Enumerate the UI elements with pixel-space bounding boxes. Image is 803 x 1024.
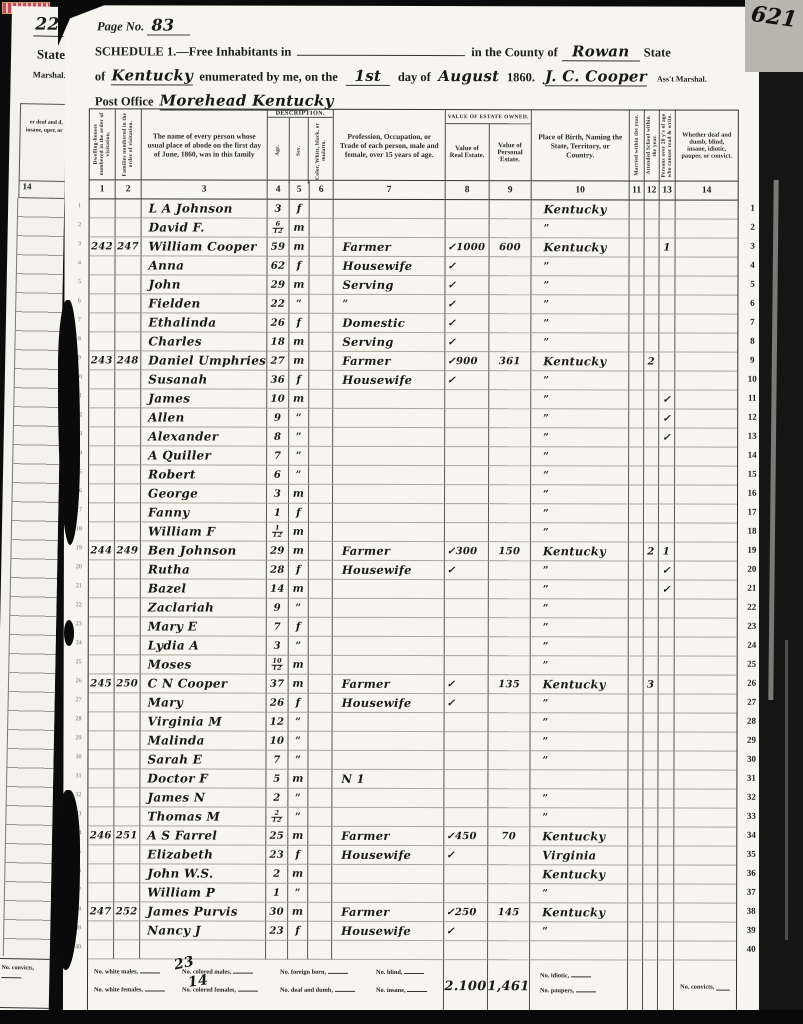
cell-birth: ”: [530, 922, 628, 941]
cell-name: Fanny: [141, 503, 267, 522]
cell-age: 7: [266, 751, 288, 770]
cell-r: [659, 695, 675, 714]
cell-occ: [333, 447, 445, 466]
table-row: John W.S.2MKentucky: [88, 864, 736, 884]
cell-fam: [115, 275, 141, 294]
cell-m: [629, 333, 644, 352]
cell-s: 2: [644, 352, 659, 371]
cell-s: [644, 656, 659, 675]
col-occupation-header: Profession, Occupation, or Trade of each…: [334, 110, 446, 180]
cell-r: [659, 600, 675, 619]
value-group-label: VALUE OF ESTATE OWNED.: [446, 110, 531, 124]
cell-m: [629, 542, 644, 561]
cell-col: [309, 504, 333, 523]
cell-re: [445, 447, 489, 466]
cell-r: [659, 258, 675, 277]
cell-fam: 247: [116, 237, 142, 256]
cell-fam: [115, 522, 141, 541]
cell-birth: ”: [531, 371, 629, 390]
cell-col: [308, 941, 332, 960]
post-office-label: Post Office: [95, 94, 154, 109]
cell-col: [308, 770, 332, 789]
cell-age: 27: [267, 352, 289, 371]
cell-pe: [489, 485, 531, 504]
table-row: Thomas M212””: [88, 807, 736, 827]
cell-sex: M: [289, 485, 309, 504]
footer-count-label: No. foreign born,: [280, 967, 376, 976]
page-number-label: Page No.: [97, 19, 144, 33]
cell-birth: ”: [531, 618, 629, 637]
cell-age: 3: [268, 200, 290, 219]
cell-s: [644, 637, 659, 656]
cell-occ: Housewife: [333, 257, 445, 276]
cell-rm: [674, 771, 736, 790]
cell-re: [445, 523, 489, 542]
cell-age: 1: [266, 884, 288, 903]
cell-r: [658, 885, 674, 904]
cell-dw: [89, 427, 115, 446]
cell-rm: [675, 676, 737, 695]
cell-re: [444, 808, 488, 827]
cell-dw: 245: [89, 674, 115, 693]
cell-m: [629, 523, 644, 542]
cell-name: Charles: [141, 332, 267, 351]
cell-fam: [115, 446, 141, 465]
cell-col: [309, 637, 333, 656]
cell-col: [308, 922, 332, 941]
cell-m: [628, 770, 643, 789]
row-number: 27: [72, 690, 86, 709]
cell-s: 3: [644, 675, 659, 694]
cell-s: [643, 789, 658, 808]
cell-occ: Serving: [333, 333, 445, 352]
cell-sex: M: [289, 675, 309, 694]
cell-name: C N Cooper: [141, 674, 267, 693]
cell-r: 1: [660, 239, 676, 258]
cell-col: [309, 599, 333, 618]
cell-name: William P: [140, 883, 266, 902]
cell-birth: ”: [530, 751, 628, 770]
cell-rm: [675, 410, 737, 429]
cell-age: 7: [267, 618, 289, 637]
row-number: 30: [71, 747, 85, 766]
cell-r: [658, 771, 674, 790]
column-number: 9: [490, 181, 532, 199]
cell-sex: ”: [289, 713, 309, 732]
cell-age: 62: [267, 257, 289, 276]
cell-fam: 251: [114, 826, 140, 845]
cell-fam: [115, 484, 141, 503]
cell-dw: [89, 655, 115, 674]
cell-sex: F: [288, 846, 308, 865]
cell-sex: F: [289, 257, 309, 276]
cell-re: [445, 637, 489, 656]
cell-col: [309, 523, 333, 542]
cell-age: 212: [266, 808, 288, 827]
cell-sex: M: [288, 770, 308, 789]
cell-birth: Kentucky: [531, 542, 629, 561]
cell-dw: [89, 522, 115, 541]
cell-m: [628, 865, 643, 884]
cell-name: Alexander: [141, 427, 267, 446]
day-value: 1st: [346, 67, 390, 86]
cell-age: 22: [267, 295, 289, 314]
cell-occ: Domestic: [333, 314, 445, 333]
cell-r: [659, 372, 675, 391]
cell-r: [659, 334, 675, 353]
cell-dw: [89, 332, 115, 351]
row-number: 2: [73, 215, 87, 234]
cell-fam: [116, 218, 142, 237]
cell-col: [310, 200, 334, 219]
cell-dw: 244: [89, 541, 115, 560]
cell-r: [659, 486, 675, 505]
cell-pe: [489, 257, 531, 276]
year-label: 1860.: [507, 70, 535, 85]
cell-sex: M: [289, 390, 309, 409]
table-row: John29MServing✓”: [89, 275, 737, 295]
cell-pe: 361: [489, 352, 531, 371]
cell-sex: F: [289, 618, 309, 637]
cell-occ: Housewife: [332, 922, 444, 941]
table-row: Mary E7F”: [89, 617, 737, 637]
cell-birth: ”: [531, 295, 629, 314]
cell-dw: [89, 617, 115, 636]
column-number: 10: [532, 181, 630, 199]
cell-re: [445, 485, 489, 504]
enumeration-line: of Kentucky enumerated by me, on the 1st…: [95, 66, 743, 86]
cell-r: [658, 923, 674, 942]
row-number: 3: [73, 234, 87, 253]
cell-dw: [89, 693, 115, 712]
cell-m: [629, 618, 644, 637]
cell-rm: [674, 847, 736, 866]
cell-sex: ”: [289, 466, 309, 485]
cell-m: [629, 295, 644, 314]
cell-birth: ”: [531, 447, 629, 466]
cell-sex: M: [289, 333, 309, 352]
cell-re: ✓: [444, 922, 488, 941]
cell-re: [445, 390, 489, 409]
cell-age: 1: [267, 504, 289, 523]
cell-rm: [674, 866, 736, 885]
cell-m: [629, 580, 644, 599]
table-row: Virginia M12””: [89, 712, 737, 732]
footer-count-label: No. insane,: [376, 985, 442, 994]
cell-age: [266, 941, 288, 960]
cell-rm: [675, 334, 737, 353]
cell-sex: [288, 941, 308, 960]
cell-rm: [674, 942, 736, 961]
cell-birth: Kentucky: [532, 238, 630, 257]
cell-fam: [114, 769, 140, 788]
cell-sex: M: [288, 827, 308, 846]
cell-rm: [675, 619, 737, 638]
cell-m: [628, 808, 643, 827]
cell-m: [628, 941, 643, 960]
cell-dw: 246: [88, 826, 114, 845]
cell-sex: F: [288, 922, 308, 941]
cell-col: [310, 219, 334, 238]
cell-m: [629, 599, 644, 618]
cell-rm: [675, 638, 737, 657]
cell-m: [629, 257, 644, 276]
cell-s: [643, 941, 658, 960]
cell-r: ✓: [659, 391, 675, 410]
day-of-label: day of: [398, 70, 431, 85]
row-number: 19: [72, 538, 86, 557]
cell-pe: 145: [488, 903, 530, 922]
state-value: Kentucky: [111, 66, 193, 85]
cell-fam: [114, 807, 140, 826]
cell-birth: ”: [531, 523, 629, 542]
cell-fam: [114, 883, 140, 902]
cell-dw: [89, 484, 115, 503]
cell-dw: [88, 864, 114, 883]
cell-m: [629, 675, 644, 694]
cell-dw: [89, 598, 115, 617]
cell-pe: [489, 713, 531, 732]
cell-occ: [333, 390, 445, 409]
cell-col: [309, 390, 333, 409]
cell-s: [644, 447, 659, 466]
cell-name: Moses: [141, 655, 267, 674]
footer-count-label: No. white males,: [94, 966, 182, 975]
cell-fam: [115, 294, 141, 313]
cell-age: 23: [266, 846, 288, 865]
cell-s: [645, 200, 660, 219]
cell-m: [630, 238, 645, 257]
cell-s: [643, 827, 658, 846]
cell-s: [644, 599, 659, 618]
cell-birth: ”: [531, 637, 629, 656]
cell-sex: F: [290, 200, 310, 219]
cell-dw: [88, 750, 114, 769]
row-number: 22: [72, 595, 86, 614]
of-label: of: [95, 69, 105, 84]
cell-age: 12: [267, 713, 289, 732]
cell-re: ✓450: [444, 827, 488, 846]
cell-s: 2: [644, 542, 659, 561]
cell-occ: [334, 219, 446, 238]
cell-name: Mary: [141, 693, 267, 712]
cell-occ: Farmer: [334, 238, 446, 257]
cell-rm: [675, 695, 737, 714]
cell-r: [658, 866, 674, 885]
cell-occ: Farmer: [333, 675, 445, 694]
page-number-line: Page No. 83: [97, 15, 190, 34]
row-number: 26: [72, 671, 86, 690]
cell-rm: [675, 600, 737, 619]
cell-pe: [488, 865, 530, 884]
cell-occ: [333, 656, 445, 675]
cell-dw: [89, 712, 115, 731]
cell-re: ✓: [444, 846, 488, 865]
cell-re: [445, 599, 489, 618]
cell-fam: [115, 370, 141, 389]
cell-occ: Housewife: [333, 371, 445, 390]
census-page: Page No. 83 SCHEDULE 1.—Free Inhabitants…: [63, 5, 765, 1014]
cell-name: John: [141, 275, 267, 294]
cell-rm: [675, 562, 737, 581]
table-row: George3M”: [89, 484, 737, 504]
cell-birth: [530, 770, 628, 789]
cell-pe: 135: [489, 675, 531, 694]
cell-re: ✓1000: [446, 238, 490, 257]
cell-name: Doctor F: [140, 769, 266, 788]
cell-dw: [90, 199, 116, 218]
cell-pe: [489, 428, 531, 447]
census-table: Dwelling-houses numbered in the order of…: [87, 108, 739, 1014]
cell-r: [659, 315, 675, 334]
cell-re: ✓: [445, 276, 489, 295]
cell-re: ✓: [445, 257, 489, 276]
cell-age: 23: [266, 922, 288, 941]
table-row: David F.612M”: [90, 218, 738, 238]
cell-s: [644, 523, 659, 542]
cell-dw: [89, 465, 115, 484]
cell-name: Susanah: [141, 370, 267, 389]
column-number: 12: [645, 181, 660, 199]
cell-pe: [488, 884, 530, 903]
cell-pe: [489, 599, 531, 618]
cell-dw: [88, 940, 114, 959]
cell-name: William Cooper: [142, 237, 268, 256]
cell-col: [308, 808, 332, 827]
cell-r: ✓: [659, 410, 675, 429]
cell-birth: ”: [531, 656, 629, 675]
cell-occ: [332, 732, 444, 751]
scan-bottom-edge: [0, 1010, 803, 1024]
cell-occ: Housewife: [333, 561, 445, 580]
cell-birth: Kentucky: [532, 200, 630, 219]
cell-pe: [488, 941, 530, 960]
cell-m: [628, 884, 643, 903]
cell-sex: ”: [289, 637, 309, 656]
cell-col: [309, 580, 333, 599]
cell-pe: [489, 390, 531, 409]
cell-pe: [489, 466, 531, 485]
cell-age: 612: [268, 219, 290, 238]
cell-occ: [332, 865, 444, 884]
cell-re: [445, 466, 489, 485]
cell-col: [308, 732, 332, 751]
cell-col: [309, 295, 333, 314]
cell-dw: [89, 275, 115, 294]
cell-age: 25: [266, 827, 288, 846]
cell-age: 7: [267, 447, 289, 466]
cell-col: [308, 903, 332, 922]
previous-page-marshal-label: Marshal.: [33, 69, 66, 80]
cell-dw: 242: [90, 237, 116, 256]
cell-col: [308, 865, 332, 884]
table-row: Lydia A3””: [89, 636, 737, 656]
table-row: Sarah E7””: [88, 750, 736, 770]
cell-name: A S Farrel: [140, 826, 266, 845]
cell-birth: ”: [531, 713, 629, 732]
col-age-header: Age.: [275, 145, 281, 156]
cell-age: 1012: [267, 656, 289, 675]
cell-fam: [115, 598, 141, 617]
cell-col: [309, 675, 333, 694]
cell-occ: [332, 751, 444, 770]
real-estate-total: 2.100: [444, 960, 488, 1012]
cell-col: [308, 751, 332, 770]
cell-rm: [675, 448, 737, 467]
row-number: 25: [72, 652, 86, 671]
cell-occ: Serving: [333, 276, 445, 295]
row-number: 31: [71, 766, 85, 785]
cell-age: 3: [267, 485, 289, 504]
cell-pe: [488, 846, 530, 865]
cell-m: [629, 447, 644, 466]
cell-sex: ”: [288, 808, 308, 827]
cell-col: [308, 846, 332, 865]
cell-r: [659, 657, 675, 676]
cell-sex: M: [288, 903, 308, 922]
cell-re: [445, 713, 489, 732]
cell-fam: [114, 940, 140, 959]
cell-pe: 600: [490, 238, 532, 257]
footer-convicts: No. convicts,: [674, 961, 736, 1013]
table-row: Robert6””: [89, 465, 737, 485]
cell-s: [644, 257, 659, 276]
cell-rm: [674, 828, 736, 847]
cell-s: [643, 751, 658, 770]
cell-col: [308, 789, 332, 808]
cell-age: 2: [266, 789, 288, 808]
table-row: James10M”✓: [89, 389, 737, 409]
cell-age: 5: [266, 770, 288, 789]
cell-dw: 243: [89, 351, 115, 370]
cell-sex: ”: [289, 599, 309, 618]
col-dwelling-header: Dwelling-houses numbered in the order of…: [93, 111, 112, 177]
cell-col: [309, 428, 333, 447]
cell-age: 30: [266, 903, 288, 922]
cell-r: [658, 828, 674, 847]
footer-line-2: No. white females, No. colored females, …: [94, 984, 443, 994]
cell-fam: [116, 199, 142, 218]
table-row: L A Johnson3FKentucky: [90, 199, 738, 219]
cell-dw: [89, 389, 115, 408]
scan-right-edge: [759, 0, 803, 1024]
cell-age: 9: [267, 409, 289, 428]
cell-dw: [88, 807, 114, 826]
column-number: 4: [268, 181, 290, 199]
cell-birth: Kentucky: [530, 827, 628, 846]
cell-col: [309, 561, 333, 580]
cell-pe: [488, 808, 530, 827]
cell-rm: [676, 201, 738, 220]
cell-pe: [489, 656, 531, 675]
table-row: Nancy J23FHousewife✓”: [88, 921, 736, 941]
cell-s: [644, 694, 659, 713]
schedule-title-line: SCHEDULE 1.—Free Inhabitants in in the C…: [95, 41, 743, 61]
cell-r: 1: [659, 543, 675, 562]
cell-age: 3: [267, 637, 289, 656]
col-real-estate-header: Value of Real Estate.: [446, 124, 490, 180]
cell-dw: [89, 313, 115, 332]
cell-rm: [675, 543, 737, 562]
cell-s: [643, 808, 658, 827]
cell-dw: [89, 256, 115, 275]
cell-m: [629, 371, 644, 390]
cell-col: [309, 656, 333, 675]
cell-s: [643, 846, 658, 865]
cell-rm: [674, 752, 736, 771]
cell-pe: 70: [488, 827, 530, 846]
row-number: 20: [72, 557, 86, 576]
